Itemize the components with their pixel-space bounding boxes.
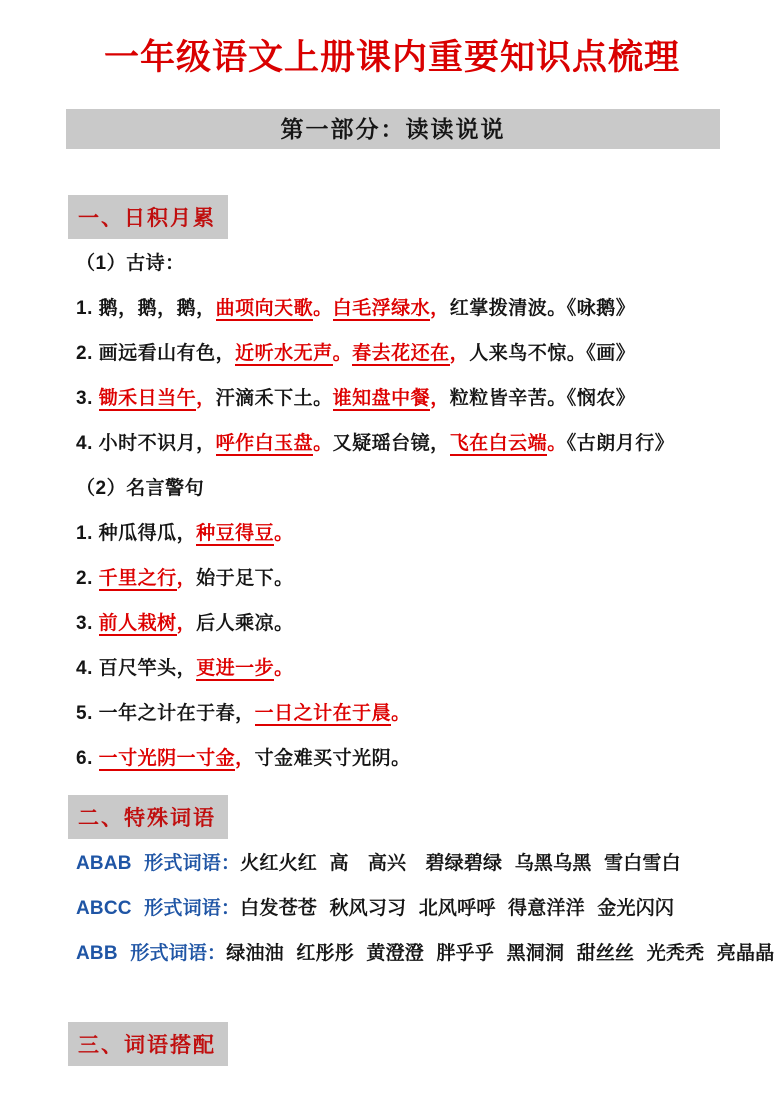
- text-line: 1. 种瓜得瓜，种豆得豆。: [64, 511, 720, 556]
- text-segment: 3.: [76, 613, 99, 634]
- section-heading: 二、特殊词语: [68, 795, 228, 839]
- text-segment: ，: [177, 568, 197, 589]
- text-line: （2）名言警句: [64, 466, 720, 511]
- text-segment: 。: [391, 703, 411, 724]
- text-segment: 。: [274, 523, 294, 544]
- text-line: （1）古诗：: [64, 241, 720, 286]
- section-heading: 三、词语搭配: [68, 1022, 228, 1066]
- text-segment: 一寸光阴一寸金: [99, 748, 236, 771]
- text-segment: 6.: [76, 748, 99, 769]
- text-segment: 1. 鹅，鹅，鹅，: [76, 298, 216, 319]
- text-segment: ，: [235, 748, 255, 769]
- text-segment: 。: [313, 433, 333, 454]
- text-segment: 《古朗月行》: [567, 433, 675, 454]
- text-segment: 2. 画远看山有色，: [76, 343, 235, 364]
- text-segment: 春去花还在: [352, 343, 450, 366]
- text-segment: ，: [430, 388, 450, 409]
- text-segment: ，: [430, 298, 450, 319]
- text-segment: ABB 形式词语：: [76, 943, 226, 964]
- section-lines: ABAB 形式词语：火红火红 高 高兴 碧绿碧绿 乌黑乌黑 雪白雪白ABCC 形…: [64, 841, 720, 976]
- text-line: 5. 一年之计在于春，一日之计在于晨。: [64, 691, 720, 736]
- text-segment: 呼作白玉盘: [216, 433, 314, 456]
- text-line: 2. 千里之行，始于足下。: [64, 556, 720, 601]
- text-segment: 始于足下。: [196, 568, 294, 589]
- section-heading: 一、日积月累: [68, 195, 228, 239]
- text-segment: 人来鸟不惊。《画》: [469, 343, 635, 364]
- text-segment: 。: [547, 433, 567, 454]
- text-segment: ABAB 形式词语：: [76, 853, 240, 874]
- text-segment: 一日之计在于晨: [255, 703, 392, 726]
- text-segment: 绿油油 红彤彤 黄澄澄 胖乎乎 黑洞洞 甜丝丝 光秃秃 亮晶晶: [226, 943, 774, 964]
- section: 三、词语搭配: [64, 1022, 720, 1066]
- text-segment: 前人栽树: [99, 613, 177, 636]
- part-banner: 第一部分：读读说说: [66, 109, 720, 149]
- text-segment: 又疑瑶台镜，: [333, 433, 450, 454]
- text-segment: 2.: [76, 568, 99, 589]
- page-title: 一年级语文上册课内重要知识点梳理: [64, 34, 720, 81]
- text-segment: ，: [196, 388, 216, 409]
- text-segment: 4. 小时不识月，: [76, 433, 216, 454]
- text-segment: 近听水无声: [235, 343, 333, 366]
- text-line: 4. 小时不识月，呼作白玉盘。又疑瑶台镜，飞在白云端。《古朗月行》: [64, 421, 720, 466]
- text-segment: ，: [450, 343, 470, 364]
- section-lines: （1）古诗：1. 鹅，鹅，鹅，曲项向天歌。白毛浮绿水，红掌拨清波。《咏鹅》2. …: [64, 241, 720, 781]
- document-body: 一、日积月累（1）古诗：1. 鹅，鹅，鹅，曲项向天歌。白毛浮绿水，红掌拨清波。《…: [64, 195, 720, 1066]
- text-segment: 。: [333, 343, 353, 364]
- text-segment: 5. 一年之计在于春，: [76, 703, 255, 724]
- text-segment: 锄禾日当午: [99, 388, 197, 411]
- text-segment: 火红火红 高 高兴 碧绿碧绿 乌黑乌黑 雪白雪白: [240, 853, 681, 874]
- text-segment: 曲项向天歌: [216, 298, 314, 321]
- document-page: 一年级语文上册课内重要知识点梳理 第一部分：读读说说 一、日积月累（1）古诗：1…: [0, 0, 780, 1103]
- text-segment: 更进一步: [196, 658, 274, 681]
- text-segment: 红掌拨清波。《咏鹅》: [450, 298, 636, 319]
- text-segment: 谁知盘中餐: [333, 388, 431, 411]
- text-segment: 飞在白云端: [450, 433, 548, 456]
- text-segment: （2）名言警句: [76, 478, 204, 499]
- text-segment: 千里之行: [99, 568, 177, 591]
- text-segment: 白毛浮绿水: [333, 298, 431, 321]
- text-segment: 寸金难买寸光阴。: [255, 748, 411, 769]
- text-segment: 。: [313, 298, 333, 319]
- text-segment: ，: [177, 613, 197, 634]
- text-segment: 白发苍苍 秋风习习 北风呼呼 得意洋洋 金光闪闪: [240, 898, 674, 919]
- text-line: ABCC 形式词语：白发苍苍 秋风习习 北风呼呼 得意洋洋 金光闪闪: [64, 886, 720, 931]
- text-segment: 3.: [76, 388, 99, 409]
- text-segment: 种豆得豆: [196, 523, 274, 546]
- text-segment: 汗滴禾下土。: [216, 388, 333, 409]
- text-segment: 4. 百尺竿头，: [76, 658, 196, 679]
- text-segment: 。: [274, 658, 294, 679]
- text-line: ABAB 形式词语：火红火红 高 高兴 碧绿碧绿 乌黑乌黑 雪白雪白: [64, 841, 720, 886]
- section: 二、特殊词语ABAB 形式词语：火红火红 高 高兴 碧绿碧绿 乌黑乌黑 雪白雪白…: [64, 795, 720, 976]
- text-segment: ABCC 形式词语：: [76, 898, 240, 919]
- text-line: 3. 锄禾日当午，汗滴禾下土。谁知盘中餐，粒粒皆辛苦。《悯农》: [64, 376, 720, 421]
- section: 一、日积月累（1）古诗：1. 鹅，鹅，鹅，曲项向天歌。白毛浮绿水，红掌拨清波。《…: [64, 195, 720, 781]
- text-line: 4. 百尺竿头，更进一步。: [64, 646, 720, 691]
- text-line: ABB 形式词语：绿油油 红彤彤 黄澄澄 胖乎乎 黑洞洞 甜丝丝 光秃秃 亮晶晶: [64, 931, 720, 976]
- text-line: 3. 前人栽树，后人乘凉。: [64, 601, 720, 646]
- text-line: 1. 鹅，鹅，鹅，曲项向天歌。白毛浮绿水，红掌拨清波。《咏鹅》: [64, 286, 720, 331]
- text-line: 2. 画远看山有色，近听水无声。春去花还在，人来鸟不惊。《画》: [64, 331, 720, 376]
- text-segment: （1）古诗：: [76, 253, 185, 274]
- text-segment: 粒粒皆辛苦。《悯农》: [450, 388, 636, 409]
- text-segment: 后人乘凉。: [196, 613, 294, 634]
- text-line: 6. 一寸光阴一寸金，寸金难买寸光阴。: [64, 736, 720, 781]
- text-segment: 1. 种瓜得瓜，: [76, 523, 196, 544]
